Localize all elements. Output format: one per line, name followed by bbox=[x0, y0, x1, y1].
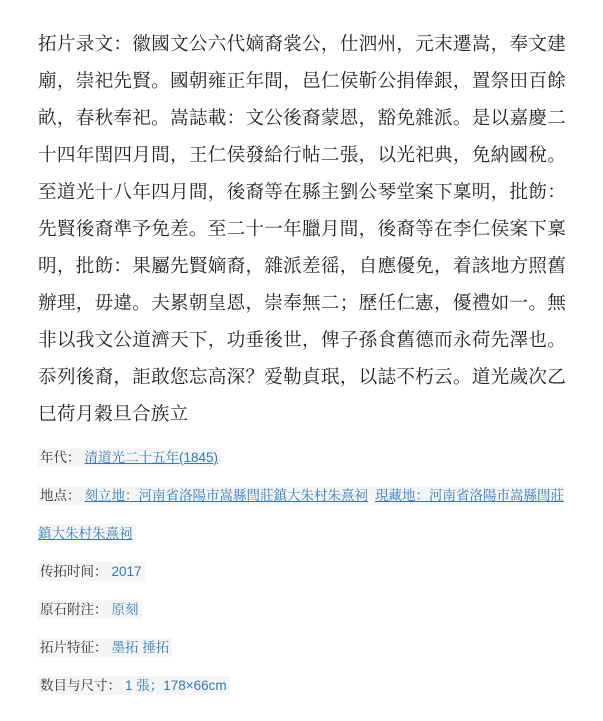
record-page: 拓片录文：徽國文公六代嫡裔裳公，仕泗州，元末遷嵩，奉文建廟，崇祀先賢。國朝雍正年… bbox=[0, 0, 603, 721]
meta-row-location: 地点：刻立地：河南省洛陽市嵩縣閆莊鎮大朱村朱熹祠現藏地：河南省洛陽市嵩縣閆莊鎮大… bbox=[38, 477, 566, 553]
count-size-label: 数目与尺寸： bbox=[40, 678, 121, 693]
meta-row-era: 年代：清道光二十五年(1845) bbox=[38, 439, 566, 477]
transcription-text: 徽國文公六代嫡裔裳公，仕泗州，元末遷嵩，奉文建廟，崇祀先賢。國朝雍正年間，邑仁侯… bbox=[38, 34, 566, 425]
rubbing-time-value: 2017 bbox=[112, 564, 142, 579]
transcription-paragraph: 拓片录文：徽國文公六代嫡裔裳公，仕泗州，元末遷嵩，奉文建廟，崇祀先賢。國朝雍正年… bbox=[38, 26, 566, 433]
stone-note-label: 原石附注： bbox=[40, 602, 108, 617]
rubbing-time-label: 传拓时间： bbox=[40, 564, 108, 579]
location-label: 地点： bbox=[40, 488, 81, 503]
transcription-label: 拓片录文： bbox=[38, 34, 132, 55]
era-label: 年代： bbox=[40, 450, 81, 465]
count-size-value: 1 張；178×66cm bbox=[125, 678, 227, 693]
stone-note-value: 原刻 bbox=[112, 602, 139, 617]
meta-row-rubbing-time: 传拓时间：2017 bbox=[38, 553, 566, 591]
carving-location-link[interactable]: 刻立地：河南省洛陽市嵩縣閆莊鎮大朱村朱熹祠 bbox=[85, 488, 369, 503]
metadata-section: 年代：清道光二十五年(1845) 地点：刻立地：河南省洛陽市嵩縣閆莊鎮大朱村朱熹… bbox=[38, 439, 566, 705]
era-link[interactable]: 清道光二十五年(1845) bbox=[85, 450, 219, 465]
rubbing-features-value: 墨拓 捶拓 bbox=[112, 640, 170, 655]
meta-row-stone-note: 原石附注：原刻 bbox=[38, 591, 566, 629]
meta-row-count-size: 数目与尺寸：1 張；178×66cm bbox=[38, 667, 566, 705]
rubbing-features-label: 拓片特征： bbox=[40, 640, 108, 655]
meta-row-rubbing-features: 拓片特征：墨拓 捶拓 bbox=[38, 629, 566, 667]
